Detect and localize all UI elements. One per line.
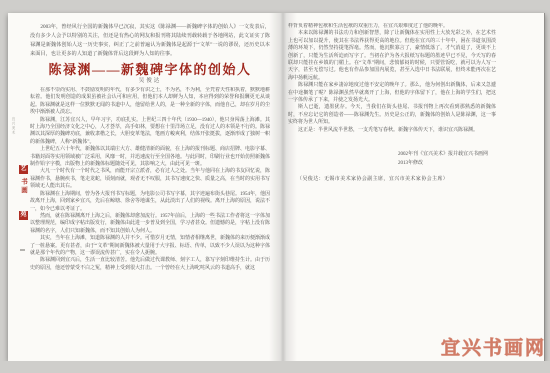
site-watermark: 宜兴书画网 (441, 333, 546, 360)
paragraph: 大凡一个时代有一个时代之书风，而能开宗立派者，必有过人之处。当年与他同在上海的书… (30, 168, 270, 190)
paragraph: 上世纪五六十年代，新魏体以其端庄大方、雄健清新的面貌，在上海的报刊标题、商店招牌… (30, 146, 270, 168)
right-page-body: 样背负着精神包袱和生活包袱的双重压力，在宜兴艰难度过了他的晚年。 本来以陈禄渊的… (288, 23, 496, 153)
publication-line: 2002年刊《宜兴美术》报并载宜兴书画网 (398, 151, 548, 160)
paragraph: 陈禄渊回到宜兴后，生活一直比较清苦。他先后做过代课教师、刻字工人，靠写字刻印维持… (30, 257, 270, 272)
paragraph: 陈禄渊，江苏宜兴人，早年习字，功底扎实。上世纪三四十年代（1930—1940），… (30, 117, 270, 147)
paragraph: 这正是：半世风流半世愁，一支秃笔写春秋。新魏字体传天下，谁识宜兴陈禄渊。 (288, 127, 496, 134)
journal-issue-vertical-label: 宜兴美术 (12, 117, 17, 169)
scanned-document-page: 宜兴美术 艺 书画 苑 2003年，曾经风行全国的新魏体早已沉寂，其实这《陈禄渊… (0, 0, 550, 373)
section-badge-bottom: 苑 (19, 211, 28, 220)
paragraph: 其实，当年在上海滩，知道陈禄渊的人并不少。可惜岁月无情，知情者相继离世，新魏体的… (30, 235, 270, 257)
margin-tick (20, 249, 25, 251)
author-note: （吴俊达：无锡市美术家协会副主席，宜兴市美术家协会主席） (297, 175, 517, 182)
left-page-body: 在那不崇尚实用、不鼓励发明的年代，有多少有识之士，不为名，不为利，全凭着天性和执… (30, 87, 270, 349)
book-spread: 宜兴美术 艺 书画 苑 2003年，曾经风行全国的新魏体早已沉寂，其实这《陈禄渊… (8, 13, 545, 361)
paragraph: 本来以陈禄渊的书法功力和创新智慧，除了让新魏体在实用性上大放光彩之外，在艺术性上… (288, 30, 496, 82)
section-vertical-label: 书画 (19, 178, 28, 210)
paragraph: 在那不崇尚实用、不鼓励发明的年代，有多少有识之士，不为名，不为利，全凭着天性和执… (30, 87, 270, 117)
scan-bottom-margin (0, 361, 550, 373)
paragraph: 陈禄渊在上海期间，曾为各大报刊书写标题，为电影公司书写字幕，其字迹遍布街头巷尾。… (30, 191, 270, 213)
publication-date-block: 2002年刊《宜兴美术》报并载宜兴书画网 2013年修改 (398, 151, 548, 168)
author-byline: 吴俊达 (30, 76, 270, 84)
intro-paragraph: 2003年，曾经风行全国的新魏体早已沉寂，其实这《陈禄渊——新魏碑字体的创始人》… (30, 23, 270, 59)
paragraph: 斯人已逝，遗墨犹存。今天，当我们在街头巷尾、书报刊物上再次看到那熟悉的新魏体时，… (288, 104, 496, 126)
section-badge-top: 艺 (19, 165, 28, 174)
revision-line: 2013年修改 (398, 160, 548, 169)
paragraph: 陈禄渊只能在家乡凄凉地度过他不安定的晚年了。那么，他为何创出新魏体，后来又急遽在… (288, 82, 496, 104)
paragraph-continuation: 样背负着精神包袱和生活包袱的双重压力，在宜兴艰难度过了他的晚年。 (288, 23, 496, 30)
paragraph: 然而，就在陈禄渊离开上海之后，新魏体却愈加流行。1957年前后，上海的一些书法工… (30, 213, 270, 235)
